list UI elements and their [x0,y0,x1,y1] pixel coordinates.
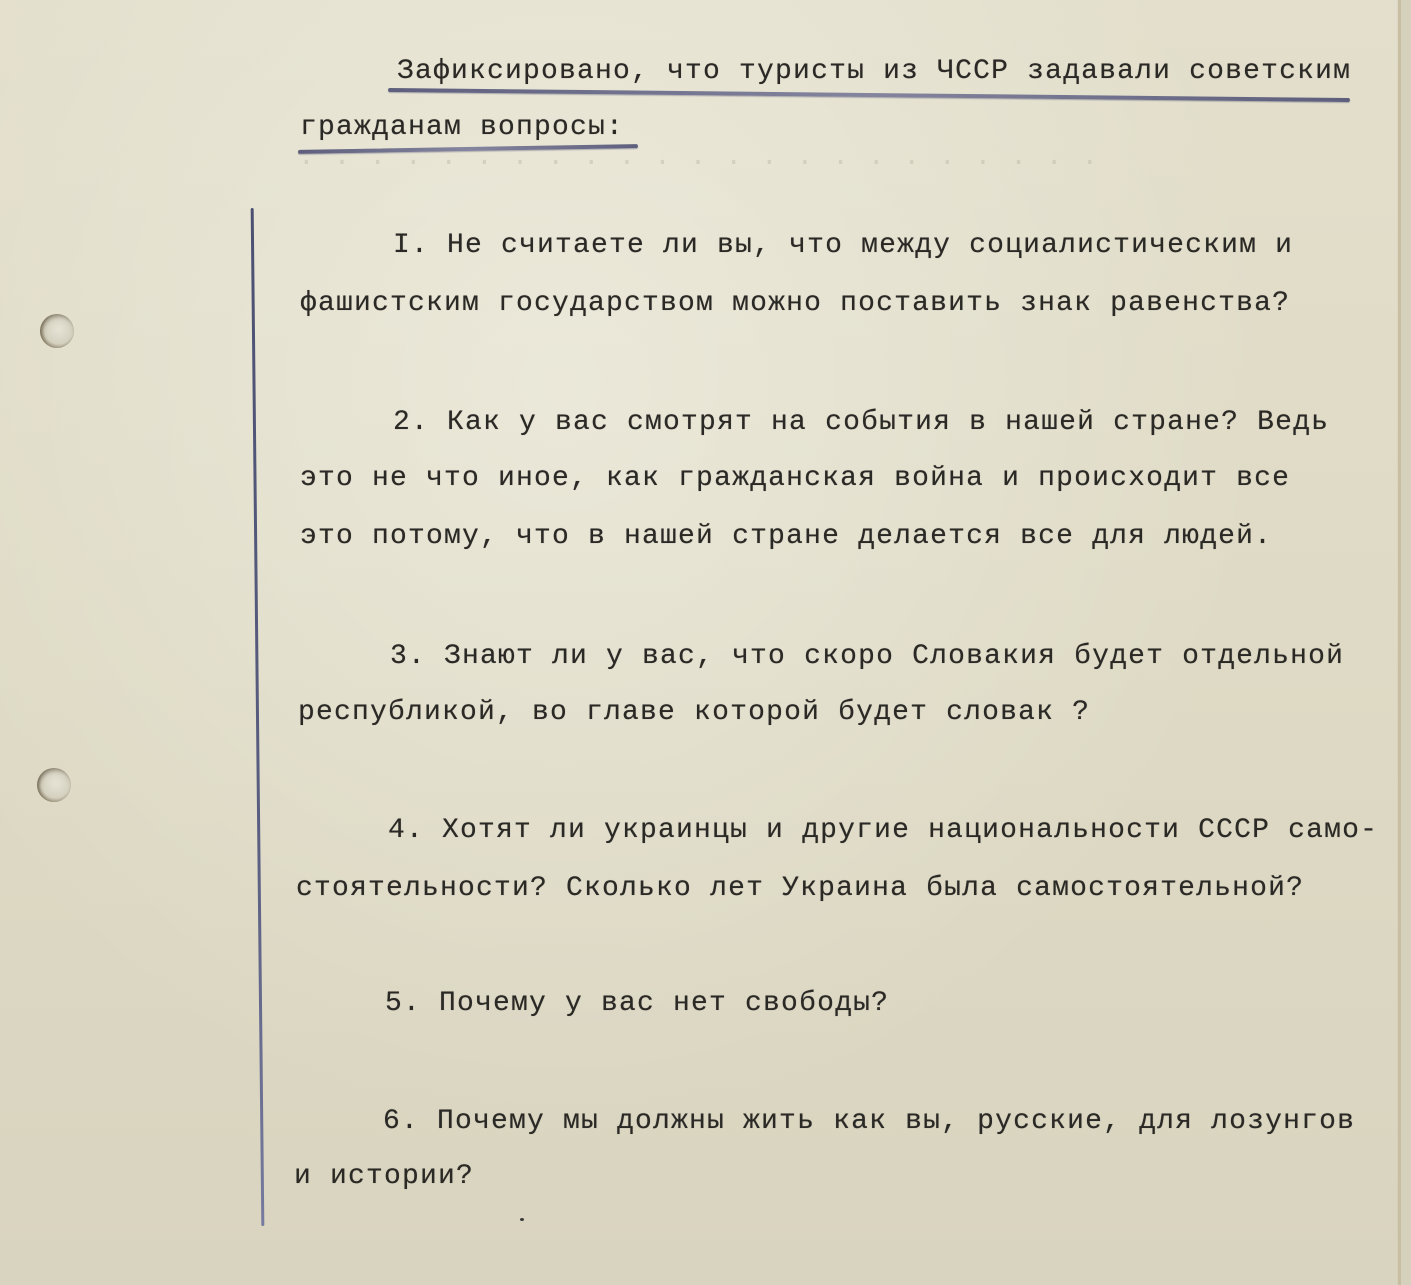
bleed-through-text: . . . . . . . . . . . . . . . . . . . . … [298,142,1099,173]
question-2-line-1: 2. Как у вас смотрят на события в нашей … [393,407,1329,438]
heading-underline-2 [298,144,638,154]
question-4-line-2: стоятельности? Сколько лет Украина была … [296,873,1304,904]
question-2-line-3: это потому, что в нашей стране делается … [300,521,1272,552]
question-6-line-1: 6. Почему мы должны жить как вы, русские… [383,1106,1355,1137]
bleed-through-stamp [395,560,1195,630]
heading-line-1: Зафиксировано, что туристы из ЧССР задав… [397,56,1351,87]
document-page: . . . . . . . . . . . . . . . . . . . . … [0,0,1400,1285]
heading-line-2: гражданам вопросы: [300,112,624,143]
question-3-line-1: 3. Знают ли у вас, что скоро Словакия бу… [390,641,1344,672]
underlying-sheet [1401,0,1411,1285]
question-2-line-2: это не что иное, как гражданская война и… [300,463,1290,494]
question-4-line-1: 4. Хотят ли украинцы и другие национальн… [388,815,1378,846]
ink-speck [520,1218,524,1221]
question-1-line-2: фашистским государством можно поставить … [300,288,1290,319]
margin-pen-line [251,208,265,1226]
punch-hole-bottom [37,768,71,802]
question-5-line-1: 5. Почему у вас нет свободы? [385,988,889,1019]
question-6-line-2: и истории? [294,1161,474,1192]
heading-underline-1 [388,88,1350,102]
question-3-line-2: республикой, во главе которой будет слов… [298,697,1090,728]
punch-hole-top [40,314,74,348]
question-1-line-1: I. Не считаете ли вы, что между социалис… [393,230,1293,261]
